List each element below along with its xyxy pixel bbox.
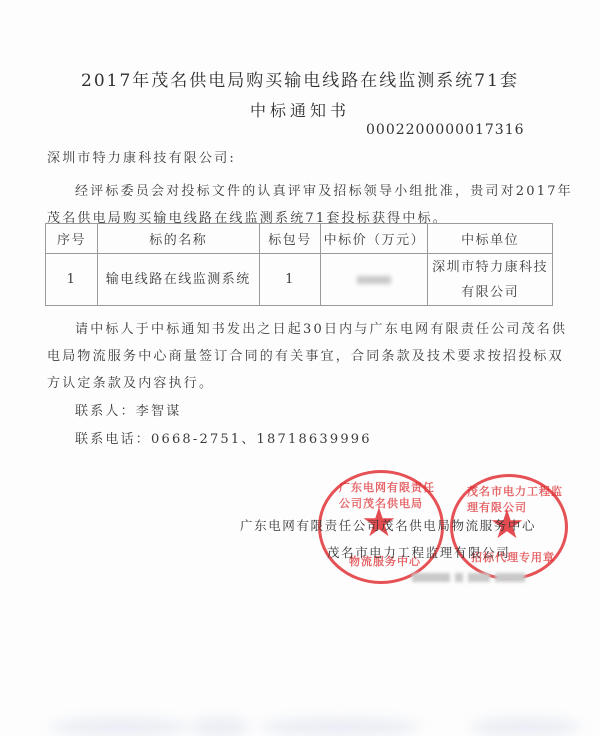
table-row: 1 输电线路在线监测系统 1 深圳市特力康科技 有限公司 bbox=[46, 254, 553, 306]
scan-smudge bbox=[260, 718, 420, 736]
scan-smudge bbox=[50, 718, 190, 736]
contact-phone: 联系电话：0668-2751、18718639996 bbox=[75, 428, 372, 447]
seal-ring-text: 茂名市电力工程监理有限公司 bbox=[467, 483, 565, 515]
scan-smudge bbox=[470, 718, 580, 736]
award-table: 序号 标的名称 标包号 中标价（万元） 中标单位 1 输电线路在线监测系统 1 … bbox=[45, 223, 553, 306]
cell-price bbox=[321, 254, 428, 306]
document-subtitle: 中标通知书 bbox=[0, 98, 600, 121]
cell-winner: 深圳市特力康科技 有限公司 bbox=[428, 254, 553, 306]
paragraph2-line3: 方认定条款及内容执行。 bbox=[47, 372, 214, 391]
issuer-tender-agent: 茂名市电力工程监理有限公司 bbox=[327, 543, 510, 561]
seal-ring-text: 广东电网有限责任公司茂名供电局 bbox=[339, 479, 441, 511]
winner-line2: 有限公司 bbox=[428, 280, 552, 305]
cell-item-name: 输电线路在线监测系统 bbox=[97, 254, 259, 306]
cell-index: 1 bbox=[46, 254, 98, 306]
redacted-date bbox=[412, 567, 530, 586]
document-number: 0002200000017316 bbox=[366, 122, 525, 138]
document-title: 2017年茂名供电局购买输电线路在线监测系统71套 bbox=[0, 66, 600, 91]
header-index: 序号 bbox=[46, 224, 98, 254]
paragraph2-line2: 电局物流服务中心商量签订合同的有关事宜，合同条款及技术要求按招投标双 bbox=[47, 345, 564, 364]
paragraph1-line1: 经评标委员会对投标文件的认真评审及招标领导小组批准，贵司对2017年 bbox=[75, 180, 573, 199]
header-item-name: 标的名称 bbox=[97, 224, 259, 254]
issuer-logistics-center: 广东电网有限责任公司茂名供电局物流服务中心 bbox=[240, 516, 536, 534]
header-price: 中标价（万元） bbox=[321, 224, 428, 254]
winner-line1: 深圳市特力康科技 bbox=[428, 255, 552, 280]
contact-person: 联系人：李智谋 bbox=[75, 400, 181, 419]
scan-smudge bbox=[190, 718, 250, 736]
cell-package: 1 bbox=[259, 254, 321, 306]
header-package: 标包号 bbox=[259, 224, 321, 254]
header-winner: 中标单位 bbox=[428, 224, 553, 254]
paragraph2-line1: 请中标人于中标通知书发出之日起30日内与广东电网有限责任公司茂名供 bbox=[75, 318, 567, 337]
salutation: 深圳市特力康科技有限公司: bbox=[47, 147, 236, 166]
table-header-row: 序号 标的名称 标包号 中标价（万元） 中标单位 bbox=[46, 224, 553, 254]
redacted-price bbox=[357, 276, 391, 284]
